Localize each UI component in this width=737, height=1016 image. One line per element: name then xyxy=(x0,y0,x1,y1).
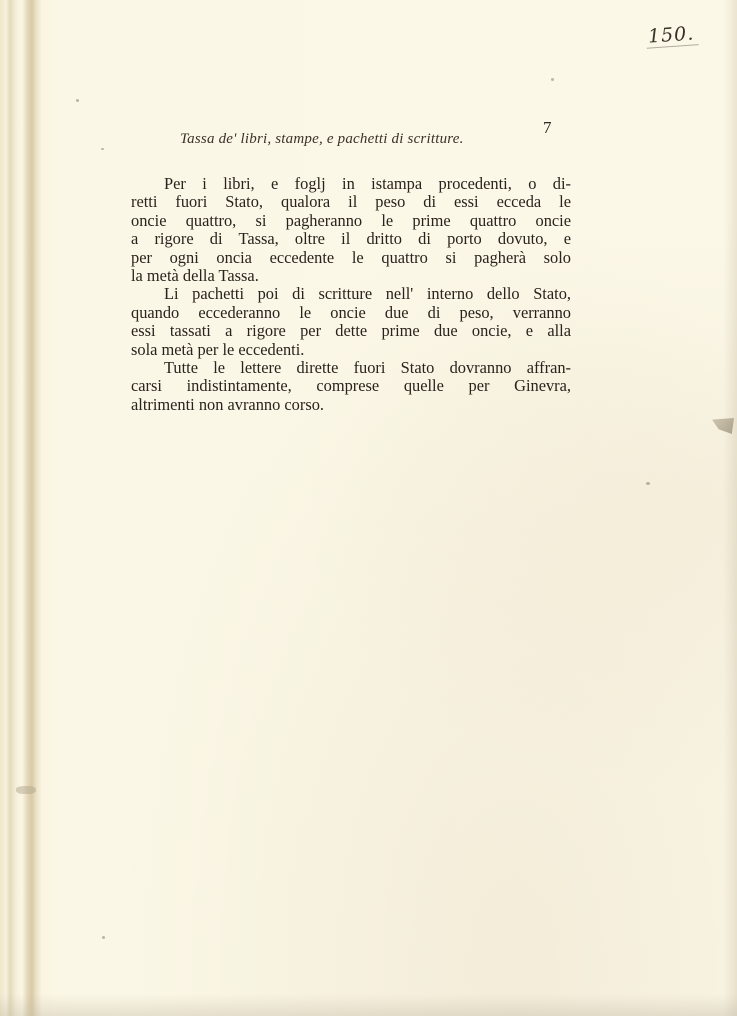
body-text: Per i libri, e foglj in istampa proceden… xyxy=(131,175,571,414)
text-line: oncie quattro, si pagheranno le prime qu… xyxy=(131,212,571,230)
paragraph-letters: Tutte le lettere dirette fuori Stato dov… xyxy=(131,359,571,414)
paper-page: 150. 7 Tassa de' libri, stampe, e pachet… xyxy=(0,0,737,1016)
text-line: retti fuori Stato, qualora il peso di es… xyxy=(131,193,571,211)
text-line: per ogni oncia eccedente le quattro si p… xyxy=(131,249,571,267)
paper-speck xyxy=(551,78,554,81)
text-line: a rigore di Tassa, oltre il dritto di po… xyxy=(131,230,571,248)
text-line: la metà della Tassa. xyxy=(131,267,571,285)
text-line: Per i libri, e foglj in istampa proceden… xyxy=(131,175,571,193)
paper-speck xyxy=(101,148,104,150)
paper-speck xyxy=(76,99,79,102)
paper-speck xyxy=(646,482,650,485)
paper-speck xyxy=(102,936,105,939)
text-line: Li pachetti poi di scritture nell' inter… xyxy=(131,285,571,303)
page-bottom-shadow xyxy=(0,994,737,1016)
paragraph-packets: Li pachetti poi di scritture nell' inter… xyxy=(131,285,571,359)
text-line: sola metà per le eccedenti. xyxy=(131,341,571,359)
text-line: Tutte le lettere dirette fuori Stato dov… xyxy=(131,359,571,377)
text-line: carsi indistintamente, comprese quelle p… xyxy=(131,377,571,395)
text-line: essi tassati a rigore per dette prime du… xyxy=(131,322,571,340)
paragraph-books: Per i libri, e foglj in istampa proceden… xyxy=(131,175,571,285)
text-line: altrimenti non avranno corso. xyxy=(131,396,571,414)
page-number: 7 xyxy=(543,118,552,138)
handwritten-folio-number: 150. xyxy=(645,22,699,49)
section-heading: Tassa de' libri, stampe, e pachetti di s… xyxy=(180,131,464,148)
ink-smudge xyxy=(16,786,36,794)
text-line: quando eccederanno le oncie due di peso,… xyxy=(131,304,571,322)
page-right-edge xyxy=(723,0,737,1016)
